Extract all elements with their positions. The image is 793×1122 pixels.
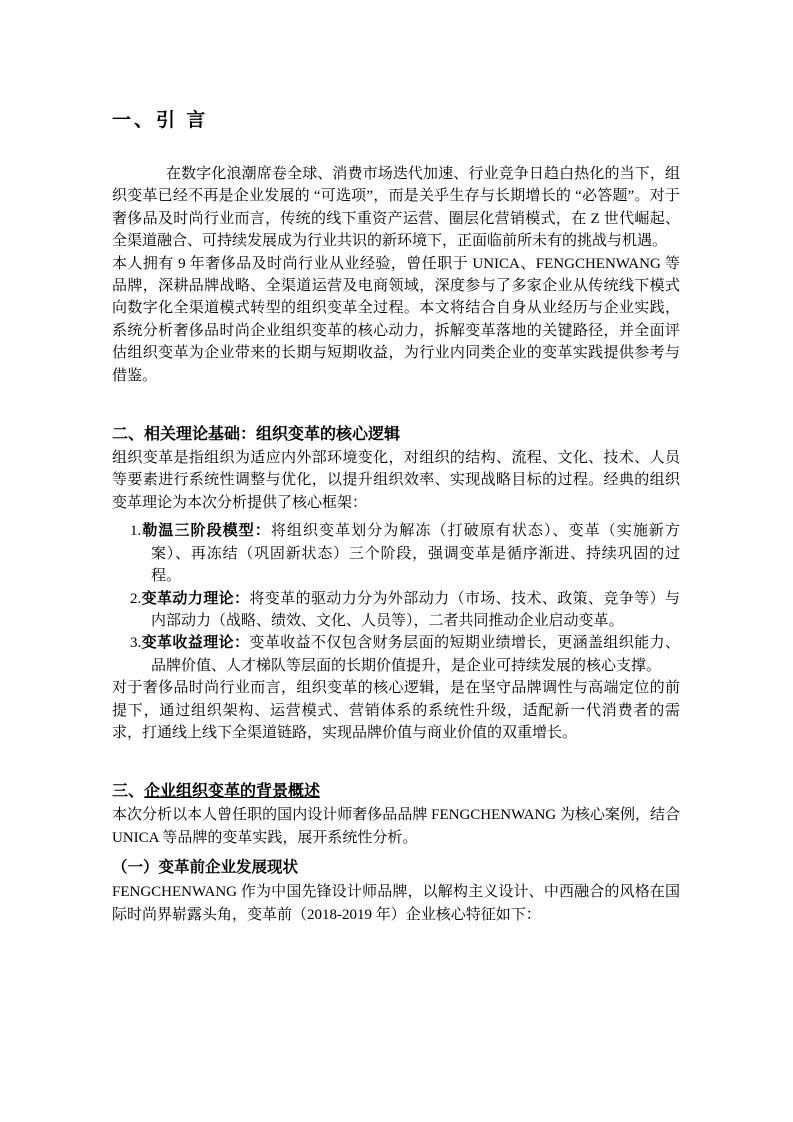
section-heading-background: 三、企业组织变革的背景概述	[112, 780, 680, 803]
section-heading-theory: 二、相关理论基础：组织变革的核心逻辑	[112, 423, 680, 446]
list-item-label: 勒温三阶段模型：	[141, 522, 271, 539]
list-item-label: 变革动力理论：	[141, 590, 249, 607]
list-item-label: 变革收益理论：	[141, 634, 249, 651]
heading-underlined-title: 企业组织变革的背景概述	[144, 783, 320, 800]
status-intro-paragraph: FENGCHENWANG 作为中国先锋设计师品牌，以解构主义设计、中西融合的风格…	[112, 881, 680, 926]
list-item-number: 1.	[130, 523, 141, 539]
list-item-change-benefits: 3.变革收益理论：变革收益不仅包含财务层面的短期业绩增长，更涵盖组织能力、品牌价…	[112, 632, 680, 677]
theory-list: 1.勒温三阶段模型：将组织变革划分为解冻（打破原有状态）、变革（实施新方案）、再…	[112, 520, 680, 677]
document-page: 一、引 言 在数字化浪潮席卷全球、消费市场迭代加速、行业竞争日趋白热化的当下，组…	[0, 0, 793, 1122]
subsection-heading-pre-change-status: （一）变革前企业发展现状	[112, 856, 680, 879]
background-intro-paragraph: 本次分析以本人曾任职的国内设计师奢侈品品牌 FENGCHENWANG 为核心案例…	[112, 804, 680, 849]
theory-conclusion-paragraph: 对于奢侈品时尚行业而言，组织变革的核心逻辑，是在坚守品牌调性与高端定位的前提下，…	[112, 677, 680, 744]
list-item-lewin-model: 1.勒温三阶段模型：将组织变革划分为解冻（打破原有状态）、变革（实施新方案）、再…	[112, 520, 680, 587]
list-item-number: 3.	[130, 635, 141, 651]
intro-paragraph-2: 本人拥有 9 年奢侈品及时尚行业从业经验，曾任职于 UNICA、FENGCHEN…	[112, 253, 680, 387]
intro-paragraph-1: 在数字化浪潮席卷全球、消费市场迭代加速、行业竞争日趋白热化的当下，组织变革已经不…	[112, 163, 680, 253]
list-item-change-drivers: 2.变革动力理论：将变革的驱动力分为外部动力（市场、技术、政策、竞争等）与内部动…	[112, 588, 680, 633]
section-heading-introduction: 一、引 言	[112, 108, 680, 133]
heading-number-prefix: 三、	[112, 783, 144, 800]
list-item-number: 2.	[130, 591, 141, 607]
theory-intro-paragraph: 组织变革是指组织为适应内外部环境变化，对组织的结构、流程、文化、技术、人员等要素…	[112, 447, 680, 514]
